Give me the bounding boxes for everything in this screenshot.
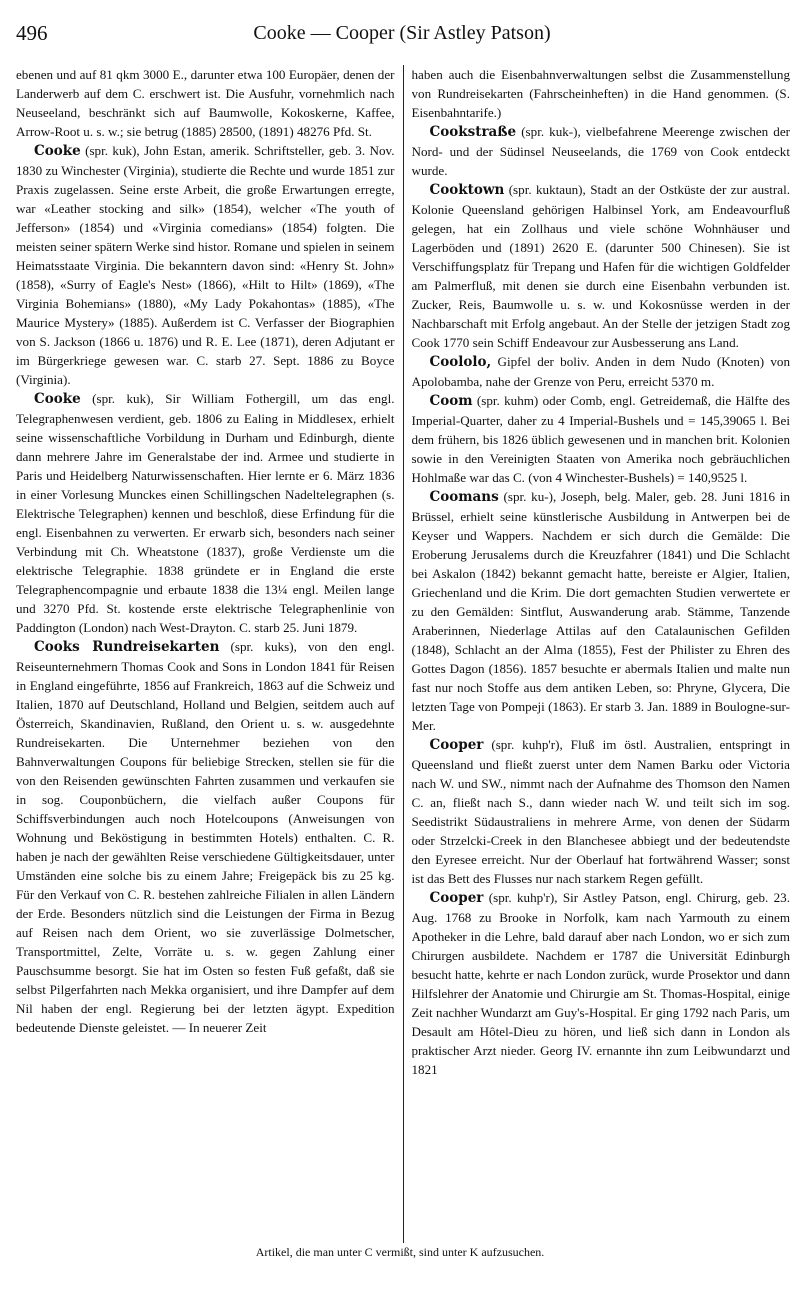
entry-cookstrasse: Cookstraße (spr. kuk-), vielbefahrene Me…: [412, 122, 791, 180]
entry-cooper-river: Cooper (spr. kuhp'r), Fluß im östl. Aust…: [412, 735, 791, 888]
entry-continuation: haben auch die Eisenbahnverwaltungen sel…: [412, 65, 791, 122]
footer-note: Artikel, die man unter C vermißt, sind u…: [0, 1245, 800, 1260]
headword: Cooke: [34, 143, 81, 159]
entry-continuation: ebenen und auf 81 qkm 3000 E., darunter …: [16, 65, 395, 141]
text-columns: ebenen und auf 81 qkm 3000 E., darunter …: [16, 65, 790, 1243]
entry-coololo: Coololo, Gipfel der boliv. Anden in dem …: [412, 352, 791, 391]
entry-cooke-john-estan: Cooke (spr. kuk), John Estan, amerik. Sc…: [16, 141, 395, 389]
headword: Cooke: [34, 391, 81, 407]
column-divider: [403, 65, 404, 1243]
entry-cooke-william-fothergill: Cooke (spr. kuk), Sir William Fothergill…: [16, 389, 395, 637]
left-column: ebenen und auf 81 qkm 3000 E., darunter …: [16, 65, 395, 1243]
entry-cooktown: Cooktown (spr. kuktaun), Stadt an der Os…: [412, 180, 791, 352]
headword: Coom: [430, 393, 473, 409]
entry-cooks-rundreisekarten: Cooks Rundreisekarten (spr. kuks), von d…: [16, 637, 395, 1037]
headword: Coomans: [430, 489, 499, 505]
headword: Cookstraße: [430, 124, 517, 140]
headword: Cooks Rundreisekarten: [34, 639, 219, 655]
entry-coomans: Coomans (spr. ku-), Joseph, belg. Maler,…: [412, 487, 791, 735]
right-column: haben auch die Eisenbahnverwaltungen sel…: [412, 65, 791, 1243]
headword: Cooper: [430, 737, 484, 753]
running-title: Cooke — Cooper (Sir Astley Patson): [96, 22, 708, 45]
headword: Cooper: [430, 890, 484, 906]
headword: Coololo,: [430, 354, 492, 370]
entry-coom: Coom (spr. kuhm) oder Comb, engl. Getrei…: [412, 391, 791, 487]
entry-cooper-astley: Cooper (spr. kuhp'r), Sir Astley Patson,…: [412, 888, 791, 1079]
headword: Cooktown: [430, 182, 505, 198]
page-number: 496: [16, 21, 96, 46]
page-header: 496 Cooke — Cooper (Sir Astley Patson): [16, 18, 788, 48]
